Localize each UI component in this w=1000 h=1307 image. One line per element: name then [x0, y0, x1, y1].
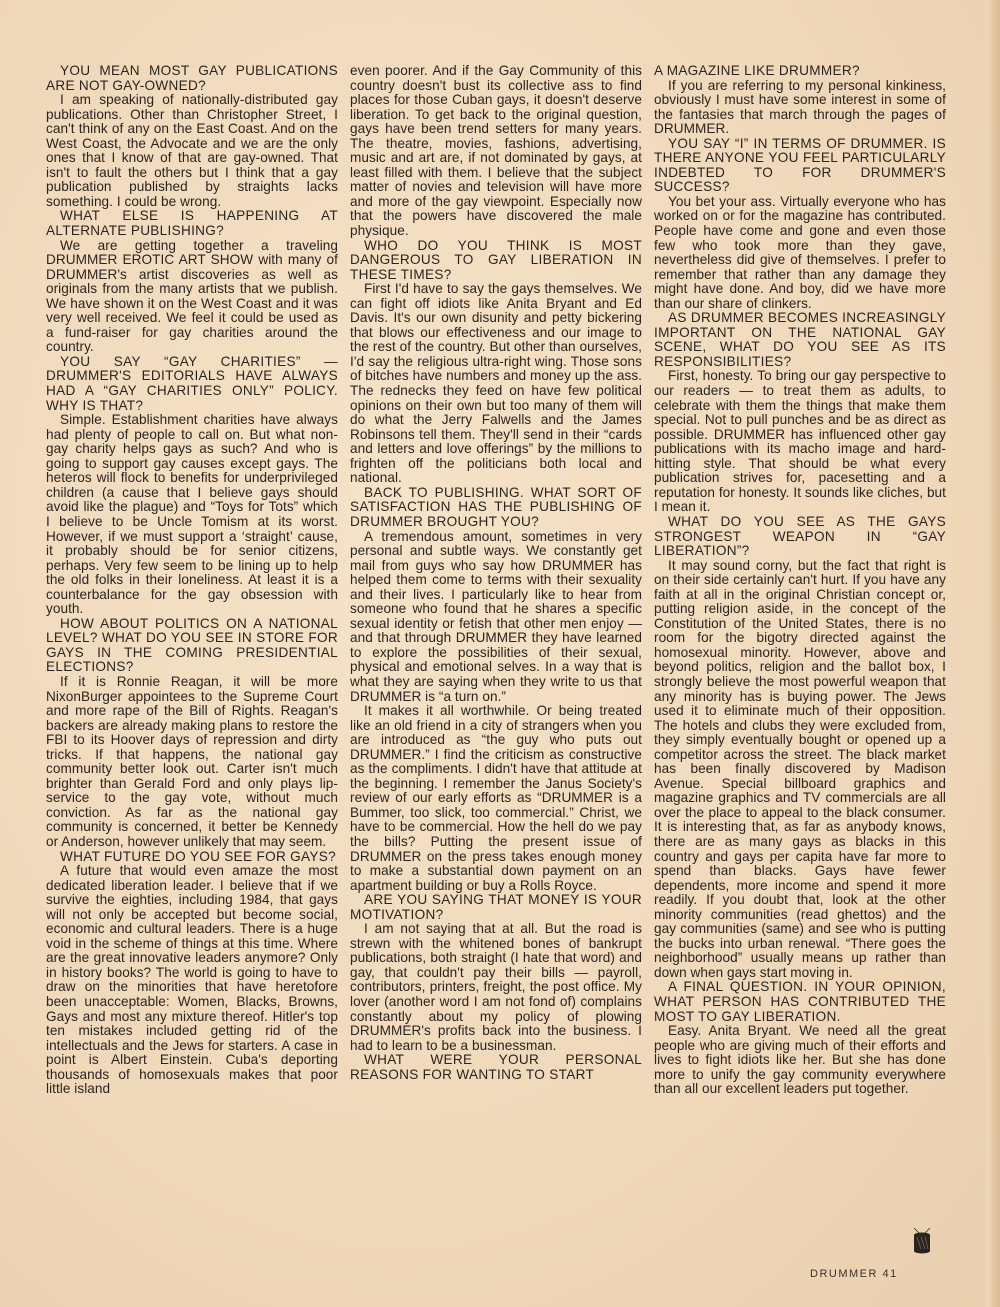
interview-answer: I am speaking of nationally-distributed …: [46, 93, 338, 209]
column-1: YOU MEAN MOST GAY PUBLICATIONS ARE NOT G…: [46, 64, 338, 1264]
interview-answer: You bet your ass. Virtually everyone who…: [654, 195, 946, 311]
page-number: 41: [883, 1268, 898, 1280]
interview-question: WHAT WERE YOUR PERSONAL REASONS FOR WANT…: [350, 1053, 642, 1082]
interview-answer: A tremendous amount, sometimes in very p…: [350, 530, 642, 705]
interview-question: WHAT FUTURE DO YOU SEE FOR GAYS?: [46, 850, 338, 865]
interview-answer: Simple. Establishment charities have alw…: [46, 413, 338, 617]
interview-answer: It may sound corny, but the fact that ri…: [654, 559, 946, 981]
interview-question: WHAT ELSE IS HAPPENING AT ALTERNATE PUBL…: [46, 209, 338, 238]
interview-answer: We are getting together a traveling DRUM…: [46, 239, 338, 355]
interview-answer: First I'd have to say the gays themselve…: [350, 282, 642, 486]
page-footer: DRUMMER 41: [810, 1268, 898, 1280]
interview-question: WHO DO YOU THINK IS MOST DANGEROUS TO GA…: [350, 239, 642, 283]
interview-question: AS DRUMMER BECOMES INCREASINGLY IMPORTAN…: [654, 311, 946, 369]
interview-question: A FINAL QUESTION. IN YOUR OPINION, WHAT …: [654, 980, 946, 1024]
interview-answer: even poorer. And if the Gay Community of…: [350, 64, 642, 239]
interview-answer: A future that would even amaze the most …: [46, 864, 338, 1097]
column-2: even poorer. And if the Gay Community of…: [350, 64, 642, 1264]
interview-question: YOU SAY “I” IN TERMS OF DRUMMER. IS THER…: [654, 137, 946, 195]
article-body: YOU MEAN MOST GAY PUBLICATIONS ARE NOT G…: [46, 64, 946, 1264]
interview-answer: If you are referring to my personal kink…: [654, 79, 946, 137]
interview-question: WHAT DO YOU SEE AS THE GAYS STRONGEST WE…: [654, 515, 946, 559]
page-edge: [986, 0, 1000, 1307]
column-3: A MAGAZINE LIKE DRUMMER?If you are refer…: [654, 64, 946, 1264]
interview-question: A MAGAZINE LIKE DRUMMER?: [654, 64, 946, 79]
interview-answer: First, honesty. To bring our gay perspec…: [654, 369, 946, 514]
interview-answer: I am not saying that at all. But the roa…: [350, 922, 642, 1053]
interview-question: YOU SAY “GAY CHARITIES” — DRUMMER'S EDIT…: [46, 355, 338, 413]
drum-icon: [912, 1228, 932, 1254]
magazine-name: DRUMMER: [810, 1268, 878, 1280]
interview-question: ARE YOU SAYING THAT MONEY IS YOUR MOTIVA…: [350, 893, 642, 922]
interview-question: BACK TO PUBLISHING. WHAT SORT OF SATISFA…: [350, 486, 642, 530]
interview-question: HOW ABOUT POLITICS ON A NATIONAL LEVEL? …: [46, 617, 338, 675]
interview-question: YOU MEAN MOST GAY PUBLICATIONS ARE NOT G…: [46, 64, 338, 93]
interview-answer: It makes it all worthwhile. Or being tre…: [350, 704, 642, 893]
interview-answer: Easy. Anita Bryant. We need all the grea…: [654, 1024, 946, 1097]
interview-answer: If it is Ronnie Reagan, it will be more …: [46, 675, 338, 850]
magazine-page: YOU MEAN MOST GAY PUBLICATIONS ARE NOT G…: [0, 0, 1000, 1307]
